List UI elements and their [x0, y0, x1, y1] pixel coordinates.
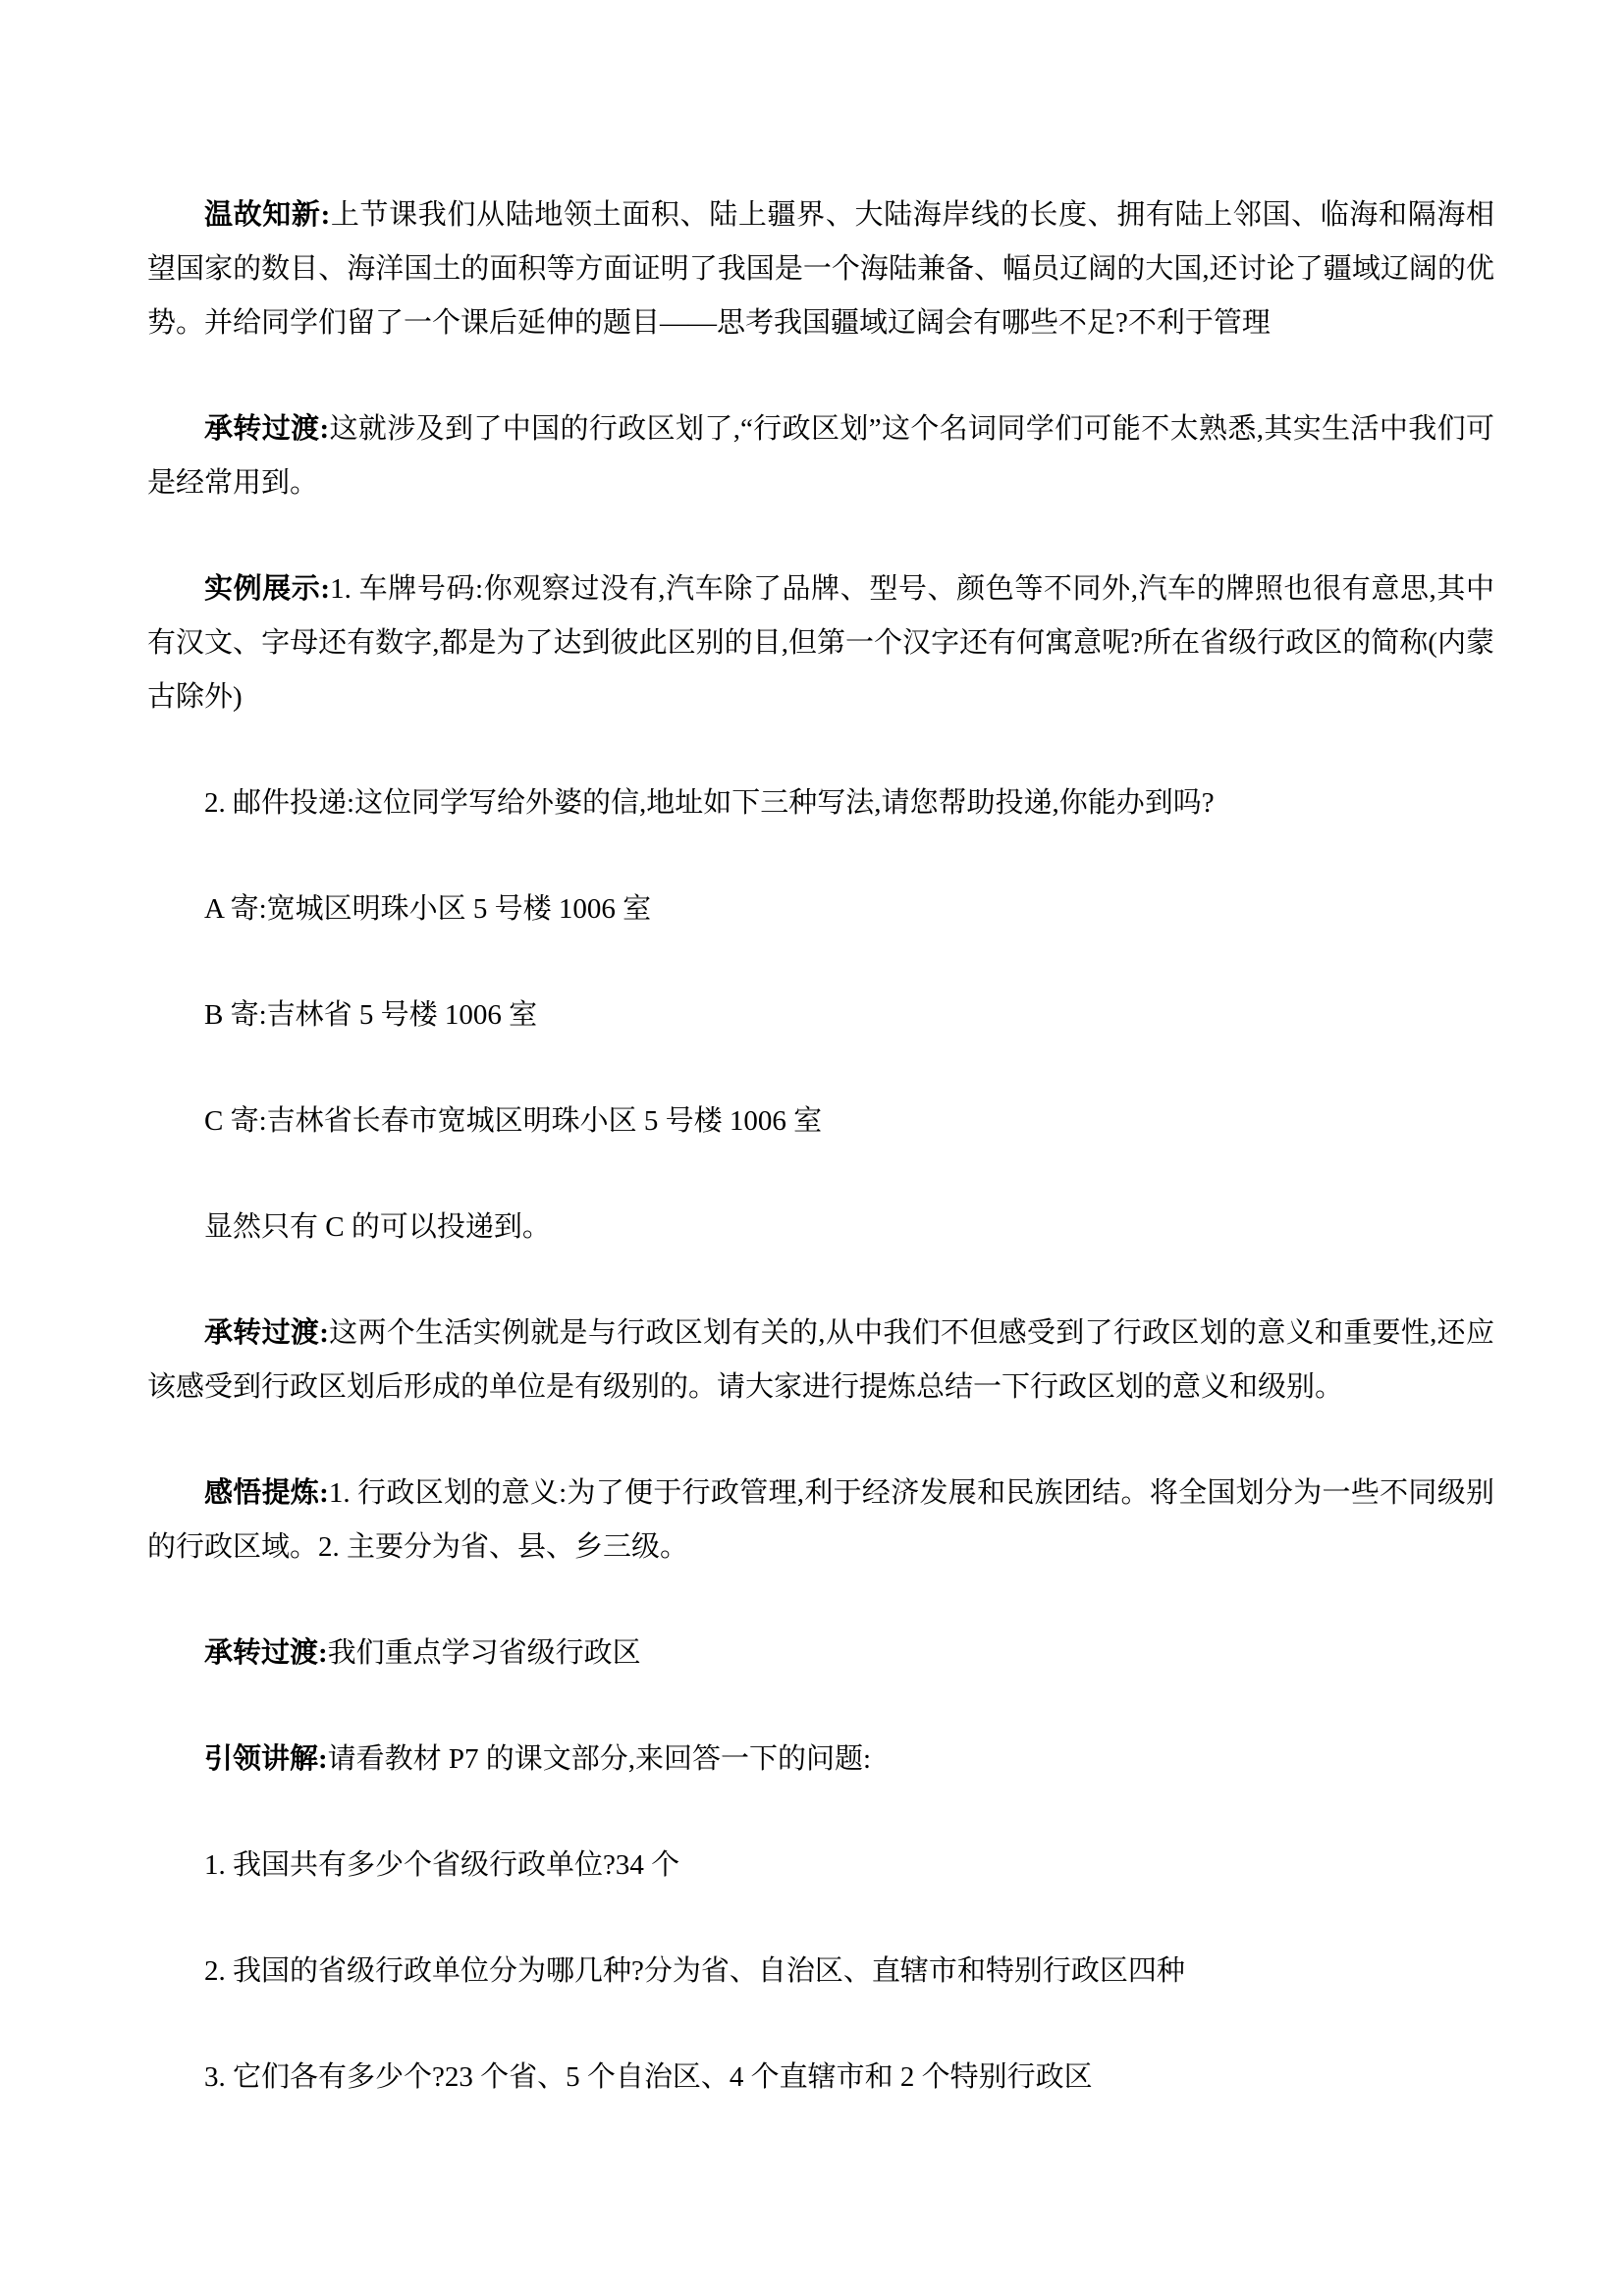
paragraph-text: 请看教材 P7 的课文部分,来回答一下的问题:: [328, 1743, 871, 1775]
paragraph-address-a: A 寄:宽城区明珠小区 5 号楼 1006 室: [147, 882, 1494, 936]
paragraph-question-1: 1. 我国共有多少个省级行政单位?34 个: [147, 1839, 1494, 1893]
document-page: 温故知新:上节课我们从陆地领土面积、陆上疆界、大陆海岸线的长度、拥有陆上邻国、临…: [0, 0, 1624, 2296]
paragraph-question-2: 2. 我国的省级行政单位分为哪几种?分为省、自治区、直辖市和特别行政区四种: [147, 1945, 1494, 1999]
paragraph-text: B 寄:吉林省 5 号楼 1006 室: [204, 999, 537, 1031]
paragraph-lead: 实例展示:: [204, 573, 330, 605]
paragraph-text: 2. 邮件投递:这位同学写给外婆的信,地址如下三种写法,请您帮助投递,你能办到吗…: [204, 787, 1215, 819]
paragraph-insight-summary: 感悟提炼:1. 行政区划的意义:为了便于行政管理,利于经济发展和民族团结。将全国…: [147, 1467, 1494, 1575]
paragraph-text: 我们重点学习省级行政区: [328, 1637, 641, 1669]
paragraph-lead: 温故知新:: [204, 199, 330, 231]
paragraph-text: 这两个生活实例就是与行政区划有关的,从中我们不但感受到了行政区划的意义和重要性,…: [147, 1317, 1494, 1403]
paragraph-text: A 寄:宽城区明珠小区 5 号楼 1006 室: [204, 893, 651, 925]
paragraph-lead: 承转过渡:: [204, 1317, 329, 1349]
paragraph-text: C 寄:吉林省长春市宽城区明珠小区 5 号楼 1006 室: [204, 1105, 822, 1137]
paragraph-text: 2. 我国的省级行政单位分为哪几种?分为省、自治区、直辖市和特别行政区四种: [204, 1955, 1185, 1987]
paragraph-text: 上节课我们从陆地领土面积、陆上疆界、大陆海岸线的长度、拥有陆上邻国、临海和隔海相…: [147, 199, 1494, 339]
paragraph-address-b: B 寄:吉林省 5 号楼 1006 室: [147, 988, 1494, 1042]
paragraph-text: 3. 它们各有多少个?23 个省、5 个自治区、4 个直辖市和 2 个特别行政区: [204, 2061, 1093, 2093]
paragraph-guided-explanation: 引领讲解:请看教材 P7 的课文部分,来回答一下的问题:: [147, 1733, 1494, 1787]
paragraph-text: 这就涉及到了中国的行政区划了,“行政区划”这个名词同学们可能不太熟悉,其实生活中…: [147, 413, 1494, 499]
paragraph-example-display: 实例展示:1. 车牌号码:你观察过没有,汽车除了品牌、型号、颜色等不同外,汽车的…: [147, 562, 1494, 724]
paragraph-lead: 感悟提炼:: [204, 1477, 329, 1509]
paragraph-text: 显然只有 C 的可以投递到。: [204, 1211, 551, 1243]
paragraph-address-c: C 寄:吉林省长春市宽城区明珠小区 5 号楼 1006 室: [147, 1095, 1494, 1148]
paragraph-transition-3: 承转过渡:我们重点学习省级行政区: [147, 1627, 1494, 1681]
paragraph-transition-1: 承转过渡:这就涉及到了中国的行政区划了,“行政区划”这个名词同学们可能不太熟悉,…: [147, 402, 1494, 510]
paragraph-lead: 承转过渡:: [204, 1637, 328, 1669]
paragraph-text: 1. 行政区划的意义:为了便于行政管理,利于经济发展和民族团结。将全国划分为一些…: [147, 1477, 1494, 1563]
paragraph-lead: 引领讲解:: [204, 1743, 328, 1775]
paragraph-review-knowledge: 温故知新:上节课我们从陆地领土面积、陆上疆界、大陆海岸线的长度、拥有陆上邻国、临…: [147, 188, 1494, 350]
paragraph-question-3: 3. 它们各有多少个?23 个省、5 个自治区、4 个直辖市和 2 个特别行政区: [147, 2051, 1494, 2105]
paragraph-lead: 承转过渡:: [204, 413, 329, 445]
paragraph-transition-2: 承转过渡:这两个生活实例就是与行政区划有关的,从中我们不但感受到了行政区划的意义…: [147, 1307, 1494, 1415]
paragraph-example-mail: 2. 邮件投递:这位同学写给外婆的信,地址如下三种写法,请您帮助投递,你能办到吗…: [147, 776, 1494, 830]
paragraph-conclusion-c: 显然只有 C 的可以投递到。: [147, 1201, 1494, 1255]
paragraph-text: 1. 我国共有多少个省级行政单位?34 个: [204, 1849, 679, 1881]
paragraph-text: 1. 车牌号码:你观察过没有,汽车除了品牌、型号、颜色等不同外,汽车的牌照也很有…: [147, 573, 1494, 713]
